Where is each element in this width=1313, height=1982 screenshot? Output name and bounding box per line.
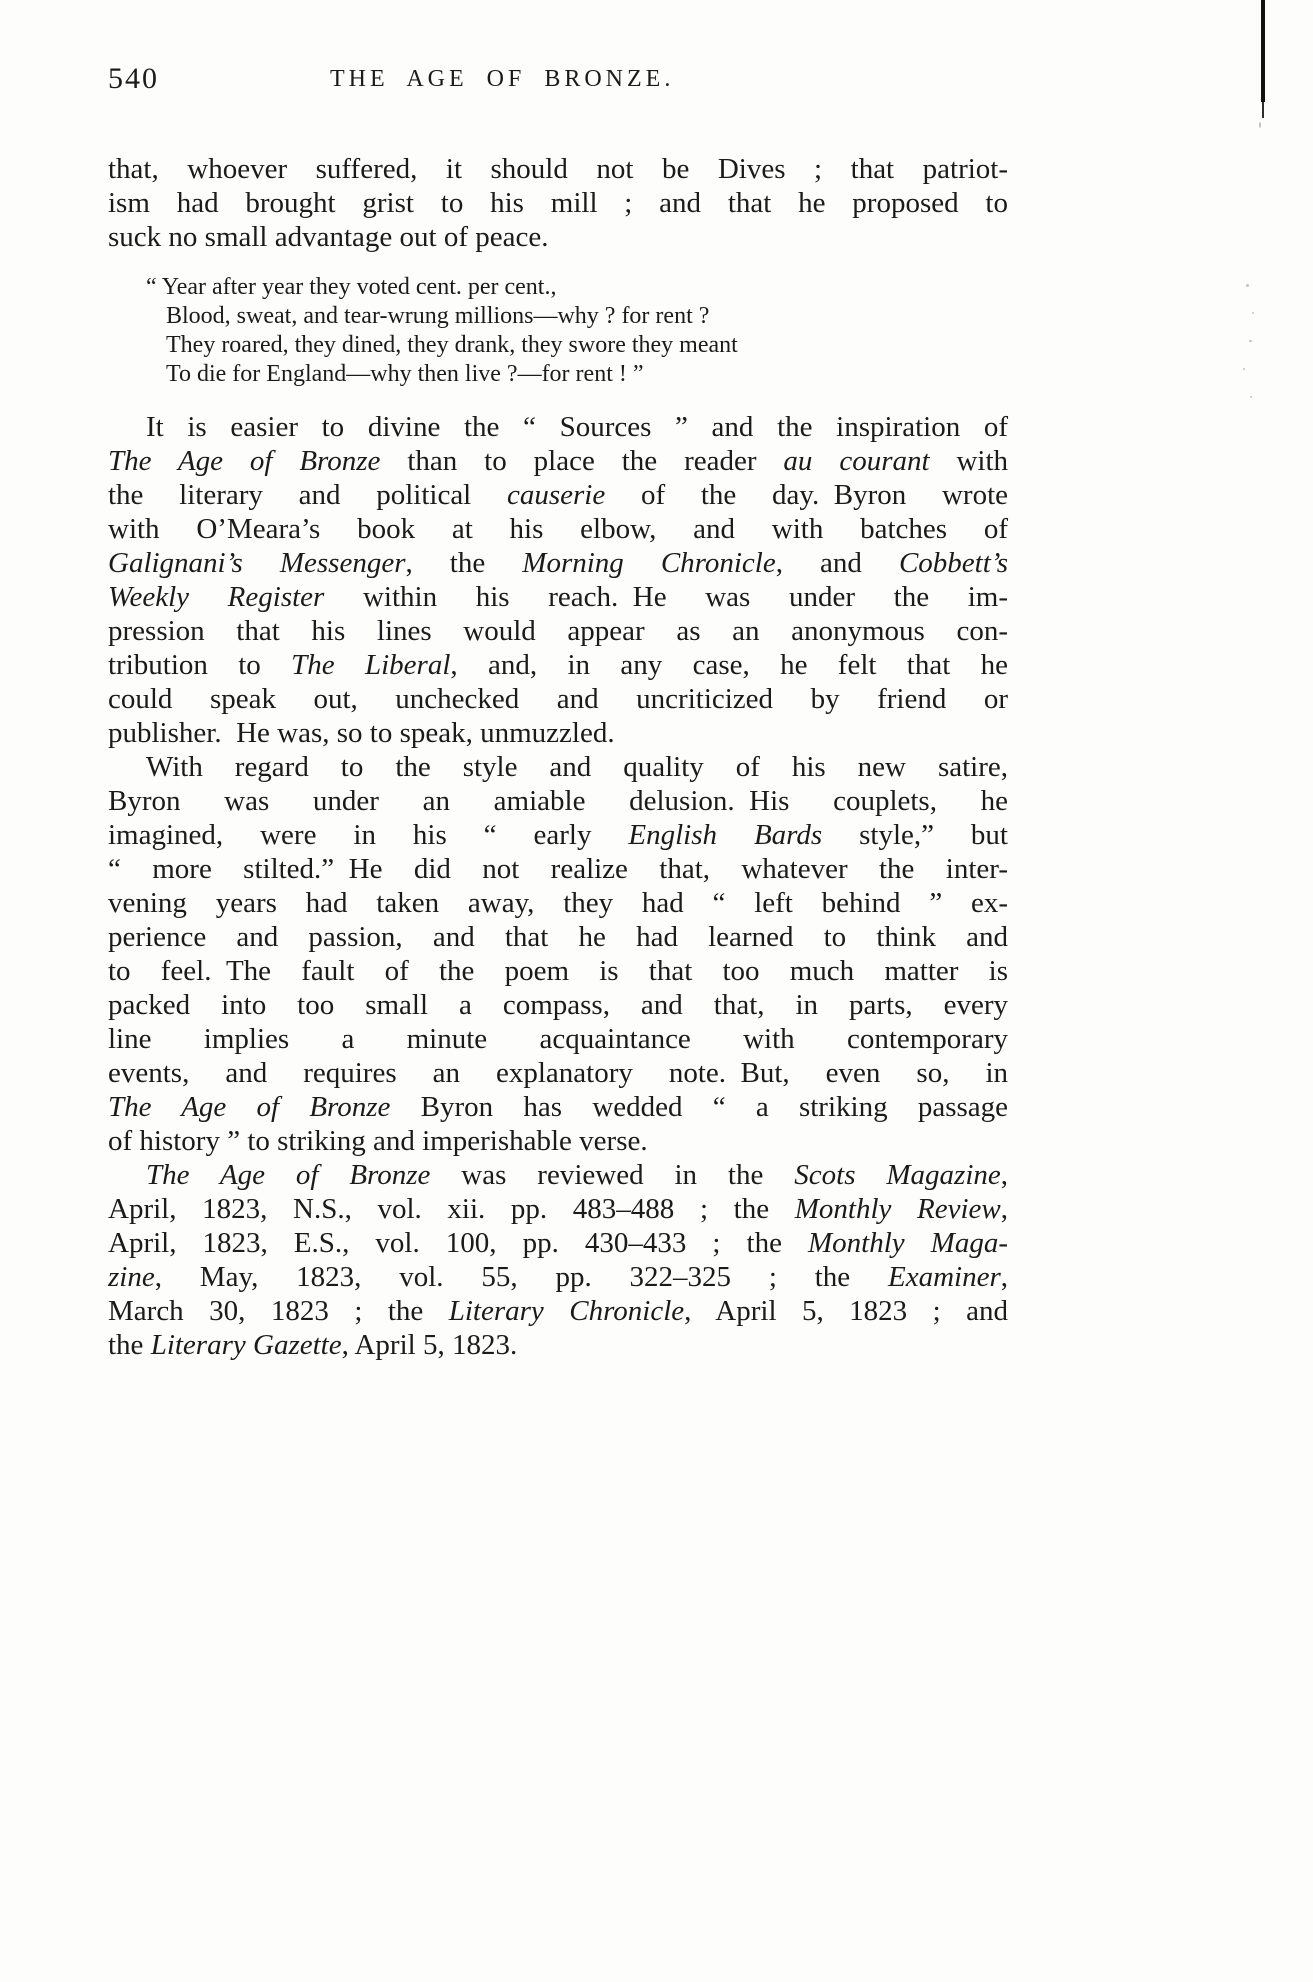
text-run: within his reach. He was under the im- <box>324 581 1008 613</box>
text-line: tribution to The Liberal, and, in any ca… <box>108 648 1008 682</box>
text-line: events, and requires an explanatory note… <box>108 1056 1008 1090</box>
text-run: April, 1823, E.S., vol. 100, pp. 430–433… <box>108 1227 808 1259</box>
text-run: , April 5, 1823 ; and <box>684 1295 1008 1327</box>
text-line: Galignani’s Messenger, the Morning Chron… <box>108 546 1008 580</box>
text-run: April, 1823, N.S., vol. xii. pp. 483–488… <box>108 1193 795 1225</box>
text-line: “ Year after year they voted cent. per c… <box>166 273 1008 302</box>
text-run: events, and requires an explanatory note… <box>108 1057 1008 1089</box>
text-line: ism had brought grist to his mill ; and … <box>108 186 1008 220</box>
italic-text-run: The Age of Bronze <box>108 445 380 477</box>
text-line: Byron was under an amiable delusion. His… <box>108 784 1008 818</box>
text-line: March 30, 1823 ; the Literary Chronicle,… <box>108 1294 1008 1328</box>
text-line: vening years had taken away, they had “ … <box>108 886 1008 920</box>
text-line: could speak out, unchecked and uncritici… <box>108 682 1008 716</box>
text-line: The Age of Bronze Byron has wedded “ a s… <box>108 1090 1008 1124</box>
text-line: Blood, sweat, and tear-wrung millions—wh… <box>166 302 1008 331</box>
text-run: , April 5, 1823. <box>342 1329 518 1361</box>
text-run: than to place the reader <box>380 445 783 477</box>
text-line: that, whoever suffered, it should not be… <box>108 152 1008 186</box>
scan-speck <box>1250 396 1252 398</box>
page-number: 540 <box>108 62 159 96</box>
text-run: , <box>1001 1159 1008 1191</box>
text-line: With regard to the style and quality of … <box>108 750 1008 784</box>
text-run: To die for England—why then live ?—for r… <box>166 361 644 387</box>
text-run: , and, in any case, he felt that he <box>450 649 1008 681</box>
scan-speck <box>1246 284 1249 287</box>
text-run: imagined, were in his “ early <box>108 819 628 851</box>
text-run: of the day. Byron wrote <box>605 479 1008 511</box>
italic-text-run: Examiner <box>888 1261 1001 1293</box>
italic-text-run: zine <box>108 1261 155 1293</box>
text-run: Byron was under an amiable delusion. His… <box>108 785 1008 817</box>
text-run: pression that his lines would appear as … <box>108 615 1008 647</box>
scan-speck <box>1243 368 1245 370</box>
text-run: , <box>1001 1261 1008 1293</box>
text-line: line implies a minute acquaintance with … <box>108 1022 1008 1056</box>
page-text: that, whoever suffered, it should not be… <box>108 152 1008 1362</box>
text-run: , and <box>776 547 899 579</box>
text-run: suck no small advantage out of peace. <box>108 221 548 253</box>
italic-text-run: The Age of Bronze <box>146 1159 430 1191</box>
text-run: with <box>930 445 1008 477</box>
text-run: was reviewed in the <box>430 1159 794 1191</box>
italic-text-run: causerie <box>507 479 605 511</box>
paragraph: that, whoever suffered, it should not be… <box>108 152 1008 254</box>
text-run: They roared, they dined, they drank, the… <box>166 332 738 358</box>
text-line: Weekly Register within his reach. He was… <box>108 580 1008 614</box>
running-title: THE AGE OF BRONZE. <box>330 66 674 93</box>
text-run: publisher. He was, so to speak, unmuzzle… <box>108 717 615 749</box>
paragraph: It is easier to divine the “ Sources ” a… <box>108 410 1008 750</box>
italic-text-run: Literary Gazette <box>151 1329 342 1361</box>
italic-text-run: Literary Chronicle <box>449 1295 684 1327</box>
paragraph: The Age of Bronze was reviewed in the Sc… <box>108 1158 1008 1362</box>
italic-text-run: Monthly Maga- <box>808 1227 1008 1259</box>
text-run: that, whoever suffered, it should not be… <box>108 153 1008 185</box>
text-run: With regard to the style and quality of … <box>146 751 1008 783</box>
text-line: They roared, they dined, they drank, the… <box>166 331 1008 360</box>
italic-text-run: Galignani’s Messenger <box>108 547 406 579</box>
text-line: The Age of Bronze than to place the read… <box>108 444 1008 478</box>
italic-text-run: Cobbett’s <box>899 547 1008 579</box>
text-run: tribution to <box>108 649 291 681</box>
text-line: imagined, were in his “ early English Ba… <box>108 818 1008 852</box>
text-run: the <box>108 1329 151 1361</box>
text-run: the literary and political <box>108 479 507 511</box>
text-run: , May, 1823, vol. 55, pp. 322–325 ; the <box>155 1261 888 1293</box>
text-line: The Age of Bronze was reviewed in the Sc… <box>108 1158 1008 1192</box>
text-line: April, 1823, E.S., vol. 100, pp. 430–433… <box>108 1226 1008 1260</box>
text-run: perience and passion, and that he had le… <box>108 921 1008 953</box>
text-run: line implies a minute acquaintance with … <box>108 1023 1008 1055</box>
text-line: perience and passion, and that he had le… <box>108 920 1008 954</box>
text-run: style,” but <box>822 819 1008 851</box>
text-run: , <box>1001 1193 1008 1225</box>
text-line: suck no small advantage out of peace. <box>108 220 1008 254</box>
text-run: with O’Meara’s book at his elbow, and wi… <box>108 513 1008 545</box>
text-run: “ more stilted.” He did not realize that… <box>108 853 1008 885</box>
text-run: to feel. The fault of the poem is that t… <box>108 955 1008 987</box>
text-line: zine, May, 1823, vol. 55, pp. 322–325 ; … <box>108 1260 1008 1294</box>
text-run: Byron has wedded “ a striking passage <box>390 1091 1008 1123</box>
text-run: March 30, 1823 ; the <box>108 1295 449 1327</box>
italic-text-run: The Age of Bronze <box>108 1091 390 1123</box>
text-run: , the <box>406 547 523 579</box>
text-run: of history ” to striking and imperishabl… <box>108 1125 648 1157</box>
scan-speck <box>1249 340 1252 342</box>
text-line: of history ” to striking and imperishabl… <box>108 1124 1008 1158</box>
italic-text-run: Scots Magazine <box>794 1159 1001 1191</box>
text-block: 540 THE AGE OF BRONZE. that, whoever suf… <box>108 60 1008 1362</box>
italic-text-run: Weekly Register <box>108 581 324 613</box>
text-line: To die for England—why then live ?—for r… <box>166 360 1008 389</box>
text-line: the Literary Gazette, April 5, 1823. <box>108 1328 1008 1362</box>
text-run: It is easier to divine the “ Sources ” a… <box>146 411 1008 443</box>
scan-speck <box>1252 312 1254 314</box>
verse-block: “ Year after year they voted cent. per c… <box>166 273 1008 389</box>
text-line: packed into too small a compass, and tha… <box>108 988 1008 1022</box>
text-line: pression that his lines would appear as … <box>108 614 1008 648</box>
italic-text-run: Morning Chronicle <box>522 547 775 579</box>
italic-text-run: English Bards <box>628 819 822 851</box>
text-line: It is easier to divine the “ Sources ” a… <box>108 410 1008 444</box>
text-run: “ Year after year they voted cent. per c… <box>146 274 556 300</box>
text-line: with O’Meara’s book at his elbow, and wi… <box>108 512 1008 546</box>
italic-text-run: The Liberal <box>291 649 450 681</box>
text-run: vening years had taken away, they had “ … <box>108 887 1008 919</box>
text-line: “ more stilted.” He did not realize that… <box>108 852 1008 886</box>
page-header: 540 THE AGE OF BRONZE. <box>108 60 1008 96</box>
text-run: could speak out, unchecked and uncritici… <box>108 683 1008 715</box>
italic-text-run: Monthly Review <box>795 1193 1001 1225</box>
text-run: Blood, sweat, and tear-wrung millions—wh… <box>166 303 709 329</box>
scan-artifact-line <box>1261 0 1265 102</box>
scan-speck <box>1259 122 1261 128</box>
text-line: the literary and political causerie of t… <box>108 478 1008 512</box>
text-line: April, 1823, N.S., vol. xii. pp. 483–488… <box>108 1192 1008 1226</box>
paragraph: With regard to the style and quality of … <box>108 750 1008 1158</box>
scan-artifact-line-tail <box>1262 102 1264 118</box>
text-line: publisher. He was, so to speak, unmuzzle… <box>108 716 1008 750</box>
scanned-book-page: 540 THE AGE OF BRONZE. that, whoever suf… <box>0 0 1313 1982</box>
italic-text-run: au courant <box>783 445 929 477</box>
text-run: ism had brought grist to his mill ; and … <box>108 187 1008 219</box>
text-line: to feel. The fault of the poem is that t… <box>108 954 1008 988</box>
text-run: packed into too small a compass, and tha… <box>108 989 1008 1021</box>
